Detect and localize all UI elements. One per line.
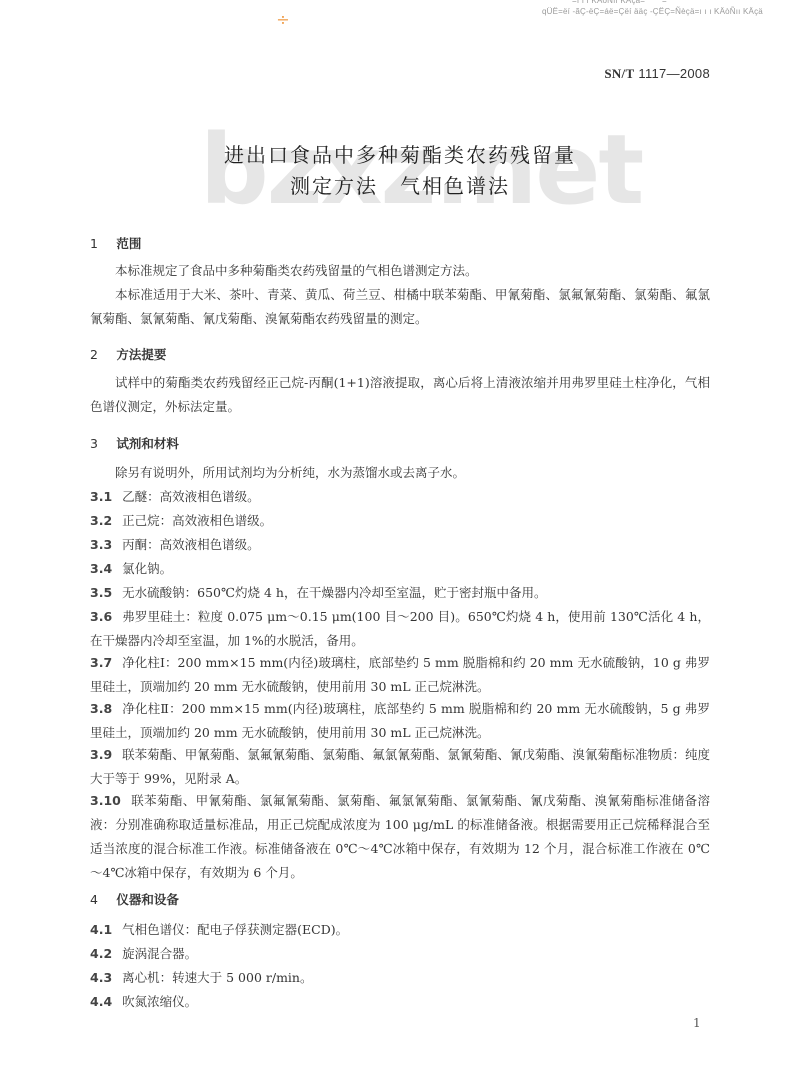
list-item-4-4: 4.4吹氮浓缩仪。 [90, 990, 710, 1014]
header-garbled-text-1a: =ı ı ı KÄòÑıı KÄçä= [572, 0, 645, 5]
list-item-3-6: 3.6弗罗里硅土：粒度 0.075 μm～0.15 μm(100 目～200 目… [90, 605, 710, 653]
item-text: 气相色谱仪：配电子俘获测定器(ECD)。 [122, 922, 348, 937]
header-garbled-text-2: qÜË=ëí -ãÇ-ëÇ=áë=Çëí ääç -ÇËÇ=Ñèçä=ı ı ı… [542, 7, 763, 16]
list-item-3-7: 3.7净化柱Ⅰ：200 mm×15 mm(内径)玻璃柱，底部垫约 5 mm 脱脂… [90, 651, 710, 699]
item-number: 3.8 [90, 697, 112, 721]
item-number: 3.4 [90, 557, 112, 581]
item-text: 联苯菊酯、甲氰菊酯、氯氟氰菊酯、氯菊酯、氟氯氰菊酯、氯氰菊酯、氰戊菊酯、溴氰菊酯… [90, 793, 710, 880]
list-item-3-8: 3.8净化柱Ⅱ：200 mm×15 mm(内径)玻璃柱，底部垫约 5 mm 脱脂… [90, 697, 710, 745]
section-number: 4 [90, 892, 112, 907]
item-text: 联苯菊酯、甲氰菊酯、氯氟氰菊酯、氯菊酯、氟氯氰菊酯、氯氰菊酯、氰戊菊酯、溴氰菊酯… [90, 747, 710, 786]
item-text: 离心机：转速大于 5 000 r/min。 [122, 970, 312, 985]
item-number: 3.9 [90, 743, 112, 767]
paragraph-principle: 试样中的菊酯类农药残留经正己烷-丙酮(1+1)溶液提取，离心后将上清液浓缩并用弗… [90, 371, 710, 419]
document-title-line-1: 进出口食品中多种菊酯类农药残留量 [0, 139, 800, 168]
item-text: 净化柱Ⅰ：200 mm×15 mm(内径)玻璃柱，底部垫约 5 mm 脱脂棉和约… [90, 655, 710, 694]
list-item-3-9: 3.9联苯菊酯、甲氰菊酯、氯氟氰菊酯、氯菊酯、氟氯氰菊酯、氯氰菊酯、氰戊菊酯、溴… [90, 743, 710, 791]
item-number: 3.7 [90, 651, 112, 675]
standard-code-number: 1117—2008 [638, 66, 710, 81]
item-text: 旋涡混合器。 [122, 946, 197, 961]
paragraph-reagents-intro: 除另有说明外，所用试剂均为分析纯，水为蒸馏水或去离子水。 [90, 461, 710, 485]
item-number: 3.1 [90, 485, 112, 509]
item-text: 弗罗里硅土：粒度 0.075 μm～0.15 μm(100 目～200 目)。6… [90, 609, 710, 648]
section-heading-reagents: 3 试剂和材料 [90, 434, 179, 452]
item-number: 3.10 [90, 789, 121, 813]
list-item-4-2: 4.2旋涡混合器。 [90, 942, 710, 966]
section-number: 1 [90, 236, 112, 251]
item-number: 3.6 [90, 605, 112, 629]
section-title: 范围 [116, 236, 141, 251]
item-number: 4.3 [90, 966, 112, 990]
list-item-3-10: 3.10联苯菊酯、甲氰菊酯、氯氟氰菊酯、氯菊酯、氟氯氰菊酯、氯氰菊酯、氰戊菊酯、… [90, 789, 710, 885]
item-number: 4.4 [90, 990, 112, 1014]
item-number: 3.5 [90, 581, 112, 605]
list-item-3-4: 3.4氯化钠。 [90, 557, 710, 581]
item-number: 3.2 [90, 509, 112, 533]
list-item-3-2: 3.2正己烷：高效液相色谱级。 [90, 509, 710, 533]
item-text: 无水硫酸钠：650℃灼烧 4 h，在干燥器内冷却至室温，贮于密封瓶中备用。 [122, 585, 546, 600]
header-garbled-text-1b: = [662, 0, 667, 5]
item-text: 正己烷：高效液相色谱级。 [122, 513, 272, 528]
divide-icon: ÷ [276, 13, 290, 27]
section-heading-scope: 1 范围 [90, 234, 141, 252]
item-text: 净化柱Ⅱ：200 mm×15 mm(内径)玻璃柱，底部垫约 5 mm 脱脂棉和约… [90, 701, 710, 740]
section-title: 试剂和材料 [116, 436, 179, 451]
item-text: 氯化钠。 [122, 561, 172, 576]
item-number: 4.2 [90, 942, 112, 966]
standard-code: SN/T 1117—2008 [604, 66, 710, 82]
item-number: 3.3 [90, 533, 112, 557]
paragraph-scope-2: 本标准适用于大米、茶叶、青菜、黄瓜、荷兰豆、柑橘中联苯菊酯、甲氰菊酯、氯氟氰菊酯… [90, 283, 710, 331]
item-text: 乙醚：高效液相色谱级。 [122, 489, 260, 504]
section-heading-principle: 2 方法提要 [90, 345, 166, 363]
paragraph-scope-1: 本标准规定了食品中多种菊酯类农药残留量的气相色谱测定方法。 [90, 259, 710, 283]
list-item-3-1: 3.1乙醚：高效液相色谱级。 [90, 485, 710, 509]
document-title-line-2: 测定方法 气相色谱法 [0, 170, 800, 199]
section-heading-apparatus: 4 仪器和设备 [90, 890, 179, 908]
page-number: 1 [693, 1016, 701, 1030]
section-title: 仪器和设备 [116, 892, 179, 907]
item-text: 丙酮：高效液相色谱级。 [122, 537, 260, 552]
section-number: 2 [90, 347, 112, 362]
list-item-3-5: 3.5无水硫酸钠：650℃灼烧 4 h，在干燥器内冷却至室温，贮于密封瓶中备用。 [90, 581, 710, 605]
item-number: 4.1 [90, 918, 112, 942]
section-number: 3 [90, 436, 112, 451]
standard-code-prefix: SN/T [604, 66, 634, 81]
list-item-4-3: 4.3离心机：转速大于 5 000 r/min。 [90, 966, 710, 990]
list-item-3-3: 3.3丙酮：高效液相色谱级。 [90, 533, 710, 557]
list-item-4-1: 4.1气相色谱仪：配电子俘获测定器(ECD)。 [90, 918, 710, 942]
section-title: 方法提要 [116, 347, 166, 362]
item-text: 吹氮浓缩仪。 [122, 994, 197, 1009]
